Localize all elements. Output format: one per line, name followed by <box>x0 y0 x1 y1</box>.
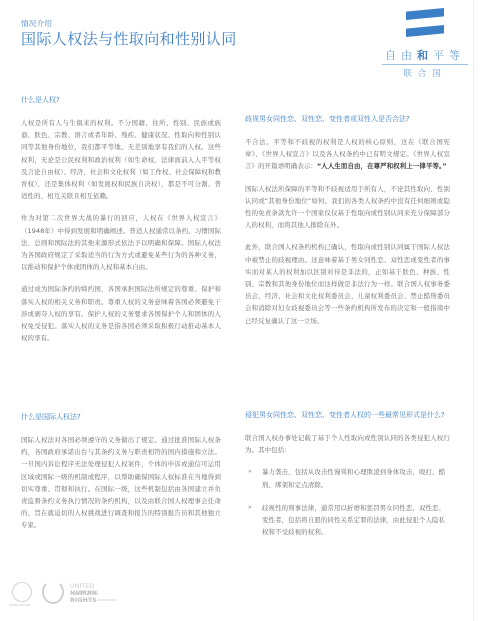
section-heading: 侵犯男女同性恋、双性恋、变性者人权的一些最常见形式是什么? <box>245 410 450 421</box>
paragraph: 人权是所有人与生俱来的权利。不分国籍、住所、性别、民族或族裔、肤色、宗教、语言或… <box>21 117 221 202</box>
paragraph: 作为对第二次世界大战的暴行的回应，人权在《世界人权宣言》（1948年）中得到发展… <box>21 212 221 273</box>
paragraph: 通过成为国际条约的缔约国，各国承担国际法所规定的尊重、保护和落实人权的相关义务和… <box>21 283 221 344</box>
logo-bar-icon <box>406 8 444 20</box>
paragraph: 此外，联合国人权条约机构已确认，性取向或性别认同属于国际人权法中被禁止的歧视理由… <box>245 241 450 326</box>
section-heading: 什么是国际人权法? <box>21 412 221 423</box>
paragraph: 国际人权法对各国必须遵守的义务做出了规定。通过批准国际人权条约，各国政府承诺出台… <box>21 434 221 532</box>
section-is-discrimination-legal: 歧视男女同性恋、双性恋、变性者或双性人是否合法? 不合法。平等和不歧视的权利是人… <box>245 114 450 337</box>
section-heading: 什么是人权? <box>21 95 221 106</box>
list-item: »暴力袭击，包括从攻击性谩骂和心理欺凌到身体攻击、殴打、酷刑、绑架和定点清除。 <box>245 466 450 490</box>
paragraph: 国际人权法所保障的平等和不歧视适用于所有人，不论其性取向、性别认同或“其他身份地… <box>245 183 450 232</box>
section-what-is-ihrl: 什么是国际人权法? 国际人权法对各国必须遵守的义务做出了规定。通过批准国际人权条… <box>21 412 221 542</box>
ohchr-flame-icon <box>42 580 64 604</box>
document-page: 情况介绍 国际人权法与性取向和性别认同 自由和平等 联合国 什么是人权? 人权是… <box>0 0 474 621</box>
violations-list: »暴力袭击，包括从攻击性谩骂和心理欺凌到身体攻击、殴打、酷刑、绑架和定点清除。 … <box>245 466 450 538</box>
section-what-are-human-rights: 什么是人权? 人权是所有人与生俱来的权利。不分国籍、住所、性别、民族或族裔、肤色… <box>21 95 221 354</box>
un-emblem-caption: UNITED NATIONS <box>9 604 30 607</box>
bullet-chevron-icon: » <box>248 466 252 478</box>
paragraph: 不合法。平等和不歧视的权利是人权的核心原则，这在《联合国宪章》、《世界人权宣言》… <box>245 136 450 173</box>
logo-divider <box>382 64 468 65</box>
un-emblem-icon <box>12 582 32 602</box>
logo-org: 联合国 <box>380 67 470 79</box>
free-and-equal-logo: 自由和平等 联合国 <box>380 8 470 78</box>
logo-bar-icon <box>406 25 444 37</box>
ohchr-name-line3: OFFICE OF THE HIGH COMMISSIONER <box>70 599 117 602</box>
udhr-quote: “人人生而自由，在尊严和权利上一律平等。” <box>317 162 447 170</box>
document-title: 国际人权法与性取向和性别认同 <box>21 28 237 49</box>
paragraph: 联合国人权办事处记载了基于个人性取向或性别认同的各类侵犯人权行为。其中包括： <box>245 432 450 456</box>
list-item: »歧视性的刑事法律，通常用以折磨和惩罚男女同性恋、双性恋、变性者，包括将自愿的同… <box>245 502 450 539</box>
section-heading: 歧视男女同性恋、双性恋、变性者或双性人是否合法? <box>245 114 450 125</box>
footer-logos: UNITED NATIONS UNITED NATIONS HUMAN RIGH… <box>8 578 123 608</box>
bullet-chevron-icon: » <box>248 502 252 514</box>
logo-motto: 自由和平等 <box>380 47 470 63</box>
section-common-violations: 侵犯男女同性恋、双性恋、变性者人权的一些最常见形式是什么? 联合国人权办事处记载… <box>245 410 450 549</box>
